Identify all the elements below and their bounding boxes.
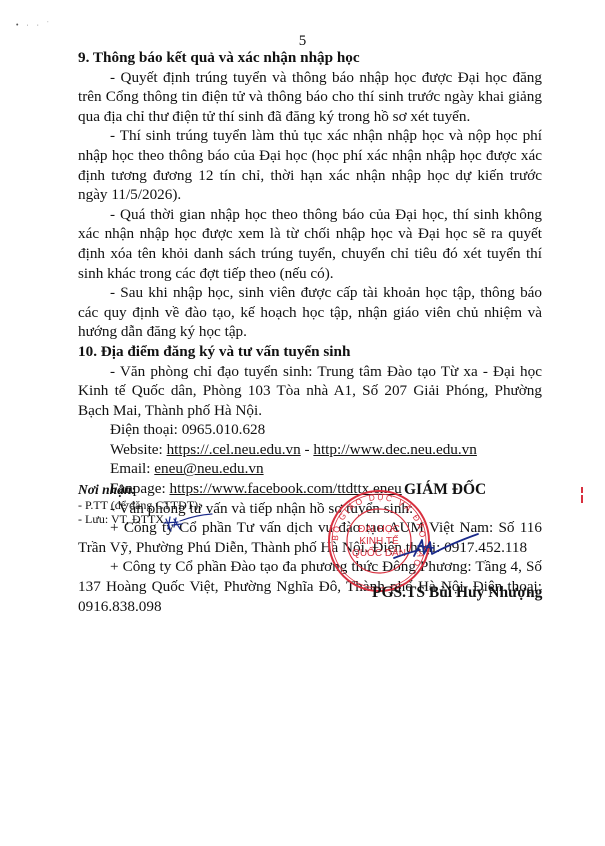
- phone-number: 0965.010.628: [182, 421, 266, 438]
- initials-mark-icon: [162, 513, 214, 533]
- recipient-item: - P.TT (để đăng CTTĐT);: [78, 498, 201, 512]
- website-label: Website:: [110, 441, 167, 458]
- section-9-paragraph: - Thí sinh trúng tuyển làm thủ tục xác n…: [78, 126, 542, 204]
- website-link-cel[interactable]: https://.cel.neu.edu.vn: [167, 441, 301, 458]
- red-edge-mark-icon: [580, 486, 584, 506]
- recipients-label: Nơi nhận:: [78, 482, 201, 498]
- section-9-paragraph: - Sau khi nhập học, sinh viên được cấp t…: [78, 283, 542, 342]
- section-9-heading: 9. Thông báo kết quả và xác nhận nhập họ…: [78, 48, 542, 68]
- phone-label: Điện thoại:: [110, 421, 182, 438]
- signature-block: BỘ GIÁO DỤC VÀ ĐÀO TẠO ĐẠI HỌC KINH TẾ Q…: [320, 470, 560, 610]
- section-10-heading: 10. Địa điểm đăng ký và tư vấn tuyển sin…: [78, 342, 542, 362]
- scan-artifact: • · · ˙: [16, 22, 52, 29]
- email-label: Email:: [110, 460, 154, 477]
- website-link-dec[interactable]: http://www.dec.neu.edu.vn: [313, 441, 477, 458]
- section-9-paragraph: - Quá thời gian nhập học theo thông báo …: [78, 205, 542, 283]
- signer-name: PGS.TS Bùi Huy Nhượng: [372, 584, 542, 602]
- website-line: Website: https://.cel.neu.edu.vn - http:…: [78, 440, 542, 460]
- section-9-paragraph: - Quyết định trúng tuyển và thông báo nh…: [78, 68, 542, 127]
- signer-title: GIÁM ĐỐC: [404, 481, 486, 499]
- main-office-address: - Văn phòng chỉ đạo tuyển sinh: Trung tâ…: [78, 362, 542, 421]
- handwritten-signature-icon: [390, 528, 480, 564]
- email-link[interactable]: eneu@neu.edu.vn: [154, 460, 263, 477]
- phone-line: Điện thoại: 0965.010.628: [78, 420, 542, 440]
- website-separator: -: [301, 441, 314, 458]
